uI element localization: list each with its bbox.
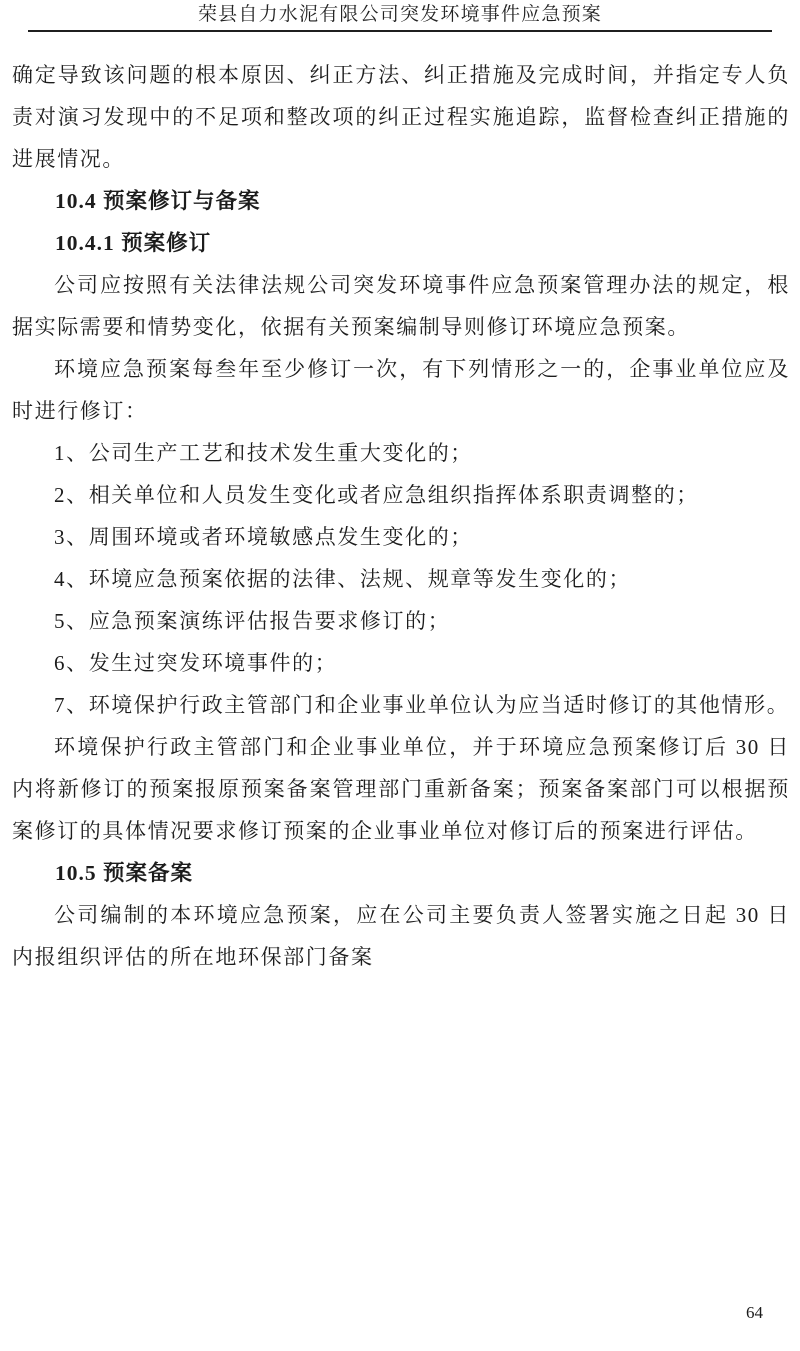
- heading-10-4-revision-and-filing: 10.4 预案修订与备案: [12, 180, 790, 222]
- document-content: 确定导致该问题的根本原因、纠正方法、纠正措施及完成时间，并指定专人负责对演习发现…: [12, 54, 790, 978]
- page-header: 荣县自力水泥有限公司突发环境事件应急预案: [0, 0, 800, 32]
- revision-condition-item-1: 1、公司生产工艺和技术发生重大变化的；: [12, 432, 790, 474]
- revision-condition-item-7: 7、环境保护行政主管部门和企业事业单位认为应当适时修订的其他情形。: [12, 684, 790, 726]
- paragraph-revision-basis: 公司应按照有关法律法规公司突发环境事件应急预案管理办法的规定，根据实际需要和情势…: [12, 264, 790, 348]
- paragraph-filing-deadline: 公司编制的本环境应急预案，应在公司主要负责人签署实施之日起 30 日内报组织评估…: [12, 894, 790, 978]
- heading-10-4-1-plan-revision: 10.4.1 预案修订: [12, 222, 790, 264]
- paragraph-refiling-requirement: 环境保护行政主管部门和企业事业单位，并于环境应急预案修订后 30 日内将新修订的…: [12, 726, 790, 852]
- heading-10-5-plan-filing: 10.5 预案备案: [12, 852, 790, 894]
- paragraph-revision-frequency: 环境应急预案每叁年至少修订一次，有下列情形之一的，企事业单位应及时进行修订：: [12, 348, 790, 432]
- revision-condition-item-3: 3、周围环境或者环境敏感点发生变化的；: [12, 516, 790, 558]
- revision-condition-item-4: 4、环境应急预案依据的法律、法规、规章等发生变化的；: [12, 558, 790, 600]
- revision-condition-item-5: 5、应急预案演练评估报告要求修订的；: [12, 600, 790, 642]
- page-header-title: 荣县自力水泥有限公司突发环境事件应急预案: [0, 3, 800, 27]
- document-page: 荣县自力水泥有限公司突发环境事件应急预案 确定导致该问题的根本原因、纠正方法、纠…: [0, 0, 800, 1351]
- revision-condition-item-6: 6、发生过突发环境事件的；: [12, 642, 790, 684]
- page-number: 64: [746, 1302, 763, 1324]
- header-rule: [28, 30, 772, 32]
- revision-condition-item-2: 2、相关单位和人员发生变化或者应急组织指挥体系职责调整的；: [12, 474, 790, 516]
- paragraph-corrective-tracking: 确定导致该问题的根本原因、纠正方法、纠正措施及完成时间，并指定专人负责对演习发现…: [12, 54, 790, 180]
